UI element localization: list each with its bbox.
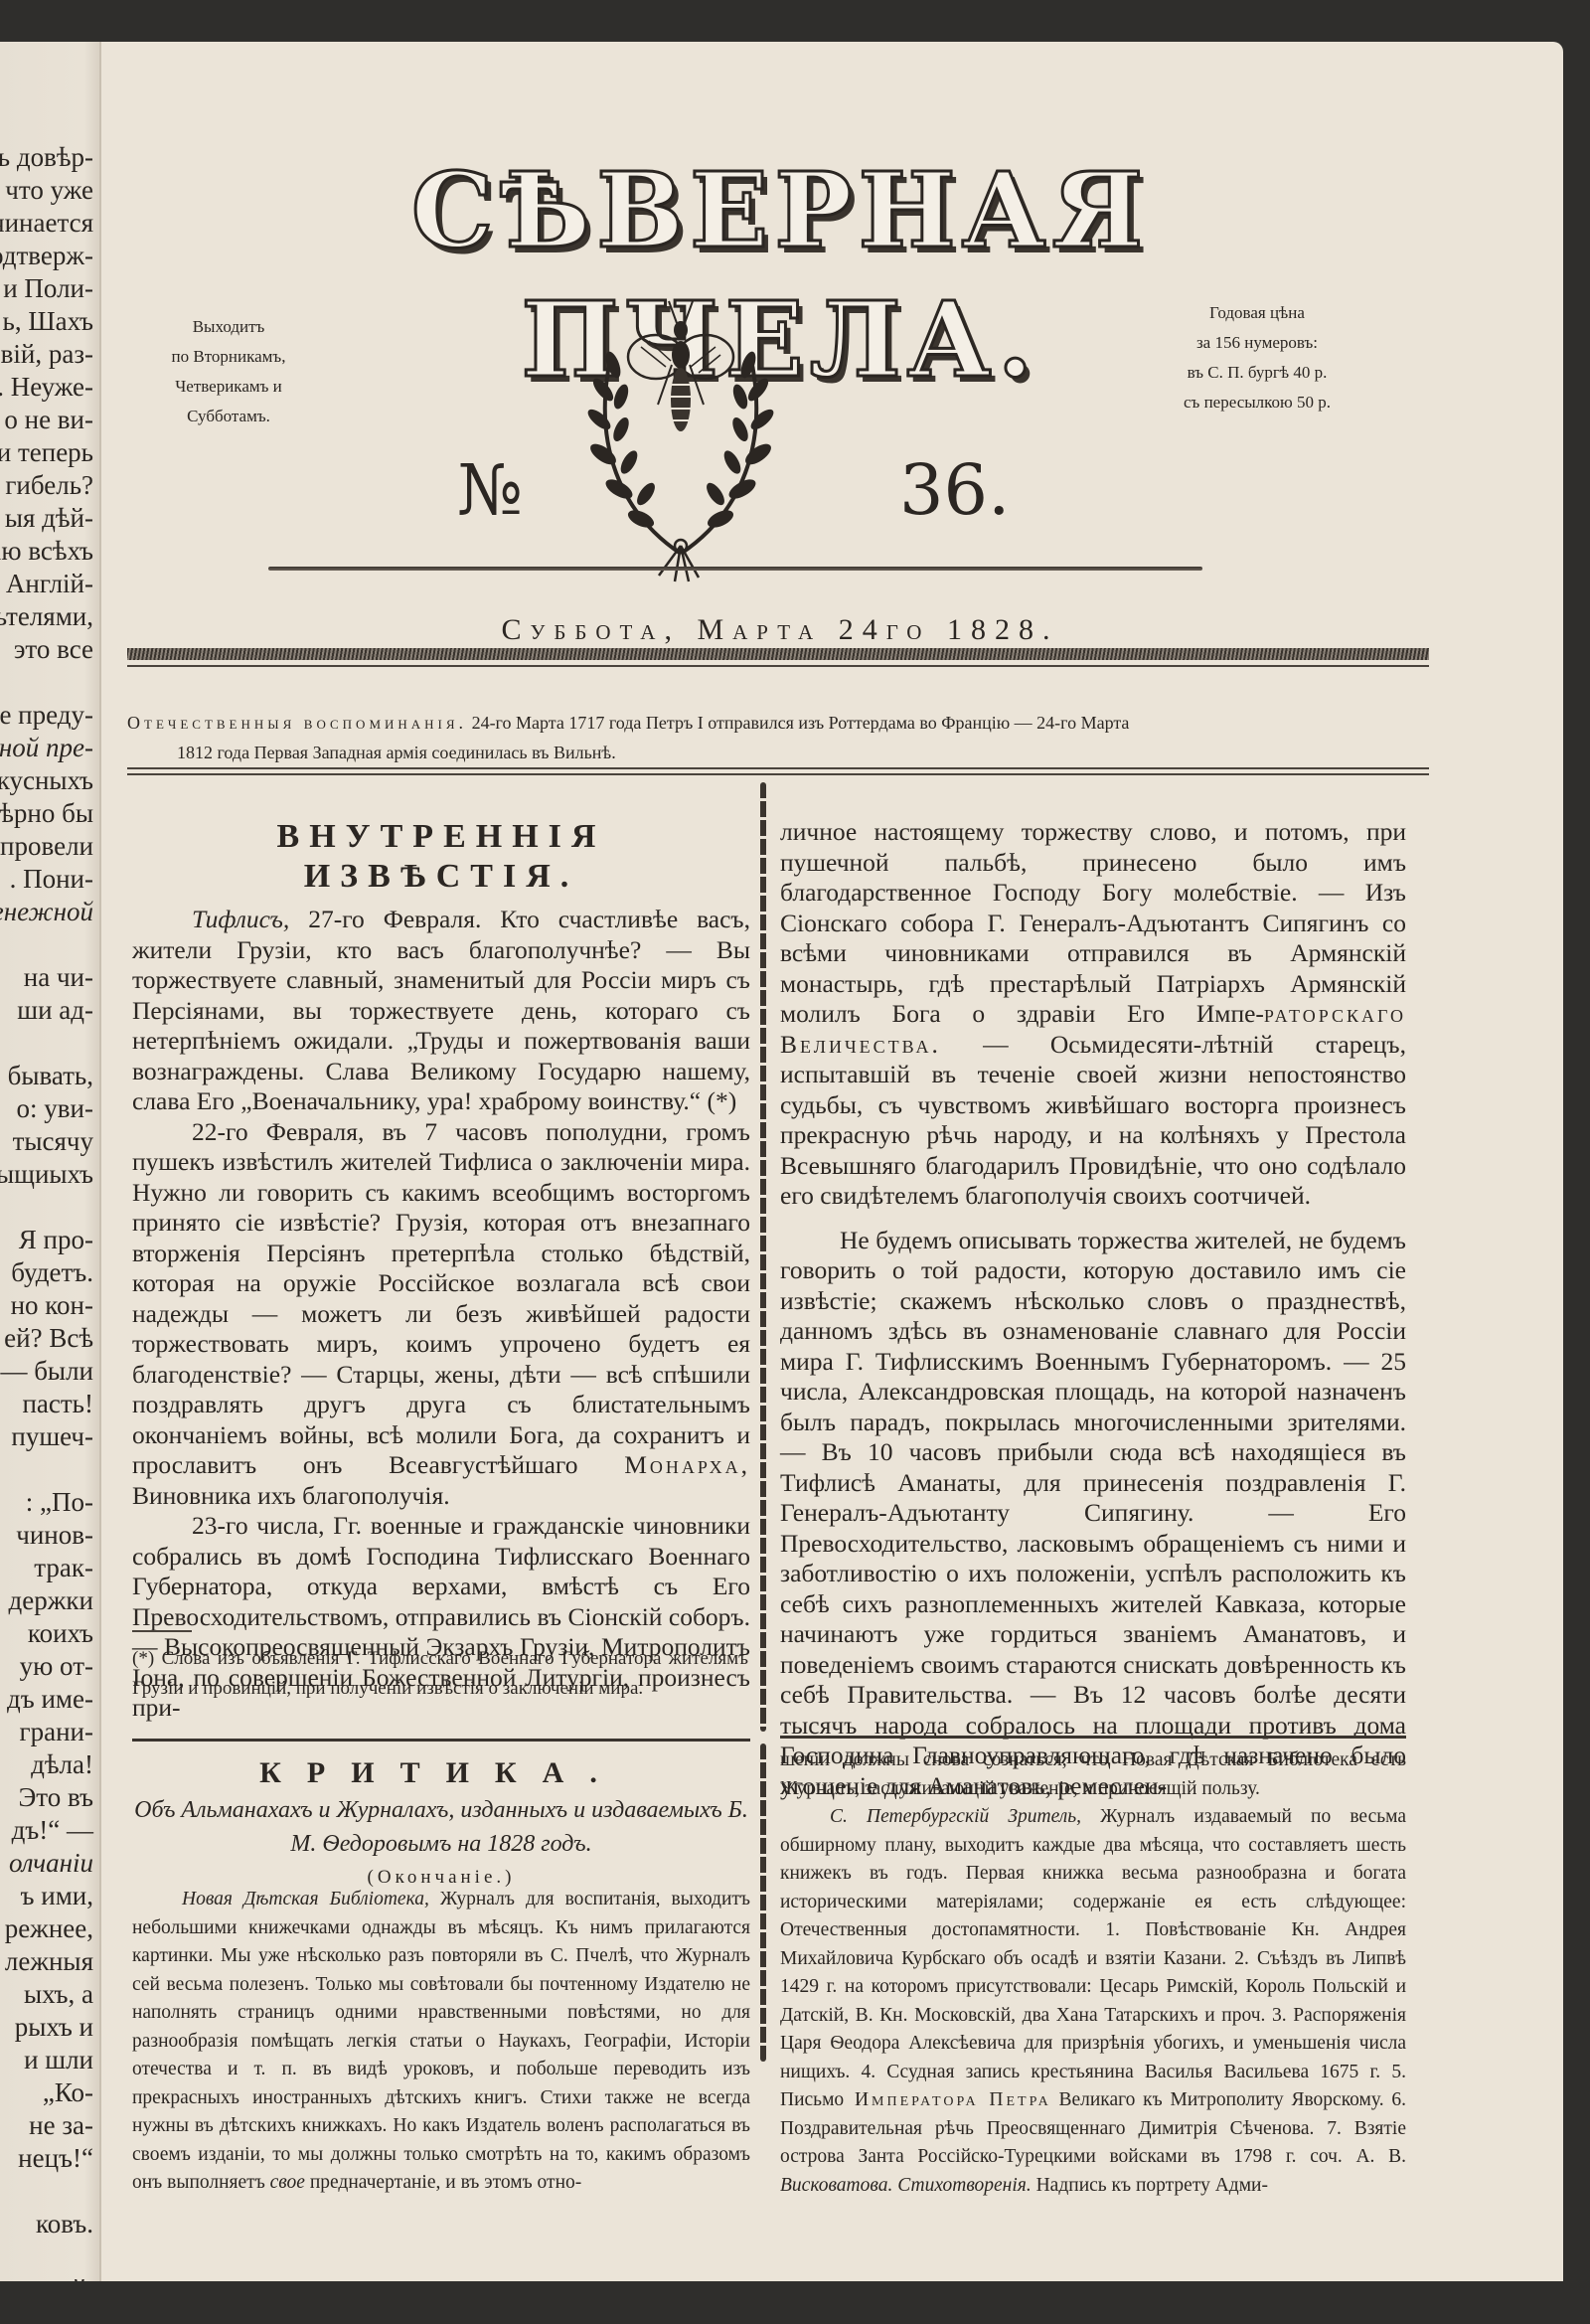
adjacent-page-text-fragment: держки [9, 1582, 93, 1618]
emphasis: Монарха, [624, 1450, 750, 1479]
paragraph-text: предначертаніе, и въ этомъ отно- [305, 2172, 581, 2193]
adjacent-page-text-fragment: ь довѣр- [0, 139, 93, 175]
masthead-rule [268, 567, 1202, 571]
adjacent-page-text-fragment: коихъ [28, 1615, 93, 1651]
critique-header: КРИТИКА. Объ Альманахахъ и Журналахъ, из… [132, 1753, 750, 1895]
critique-paragraph: шеніи должны снова сознаться, что Новая … [780, 1746, 1406, 1803]
publication-schedule: Выходитъ по Вторникамъ, Четверикамъ и Су… [129, 312, 328, 431]
adjacent-page-text-fragment: пасть! [22, 1386, 93, 1421]
adjacent-page-text-fragment: ковъ. [36, 2206, 93, 2241]
adjacent-page-text-fragment: одтверж- [0, 238, 93, 273]
adjacent-page-text-fragment: и шли [24, 2042, 93, 2077]
adjacent-page-text-fragment: дъ име- [7, 1681, 93, 1717]
section-heading: КРИТИКА. [132, 1753, 750, 1793]
emphasis: Стихотворенія. [892, 2175, 1031, 2196]
issue-number: 36. [899, 449, 1010, 531]
adjacent-page-text-fragment: енежной [0, 894, 93, 929]
adjacent-page-text-fragment: будетъ. [11, 1254, 93, 1290]
adjacent-page-text-fragment: олчаніи [9, 1845, 93, 1881]
adjacent-page-text-fragment: чинов- [16, 1517, 93, 1553]
hatched-rule [127, 648, 1429, 660]
adjacent-page-text-fragment: грани- [20, 1714, 93, 1749]
memorial-notice: Отечественныя воспоминанія. 24-го Марта … [127, 708, 1429, 767]
adjacent-page-text-fragment: й. [73, 2271, 93, 2281]
price-line: въ С. П. бургѣ 40 р. [1143, 358, 1371, 388]
adjacent-page-text-fragment: ей? Всѣ [4, 1320, 93, 1356]
news-paragraph: личное настоящему торжеству слово, и пот… [780, 817, 1406, 1212]
news-column-right: личное настоящему торжеству слово, и пот… [780, 817, 1406, 1801]
adjacent-page-text-fragment: режнее, [5, 1910, 93, 1946]
adjacent-page-text-fragment: ыхъ, а [24, 1976, 93, 2012]
paragraph-text: личное настоящему торжеству слово, и пот… [780, 817, 1406, 1028]
news-paragraph: Не будемъ описывать торжества жителей, н… [780, 1226, 1406, 1802]
bee-wreath-emblem-icon [552, 285, 810, 583]
adjacent-page-text-fragment: „Ко- [43, 2075, 93, 2110]
news-column-left: ВНУТРЕННІЯ ИЗВѢСТІЯ. Тифлисъ, 27-го Февр… [132, 817, 750, 1724]
adjacent-page-text-fragment: е преду- [0, 697, 93, 733]
adjacent-page-text-fragment: провели [0, 828, 93, 864]
adjacent-page-text-fragment: трак- [34, 1550, 93, 1585]
adjacent-page-text-fragment: что уже [5, 172, 93, 208]
paragraph-text: Виновника ихъ благополучія. [132, 1481, 450, 1510]
critique-column-right: шеніи должны снова сознаться, что Новая … [780, 1746, 1406, 2200]
adjacent-page-text-fragment: ь. Неуже- [0, 369, 93, 405]
adjacent-page-text-fragment: о не ви- [4, 402, 93, 437]
journal-title: С. Петербургскій Зритель, [830, 1806, 1081, 1827]
critique-column-left: Новая Дѣтская Библіотека, Журналъ для во… [132, 1886, 750, 2198]
adjacent-page-text-fragment: ши ад- [17, 992, 93, 1028]
footnote: (*) Слова изъ объявленія Г. Тифлисскаго … [132, 1644, 748, 1704]
critique-paragraph: Новая Дѣтская Библіотека, Журналъ для во… [132, 1886, 750, 2198]
author-name: Висковатова. [780, 2175, 892, 2196]
adjacent-page-text-fragment: но кон- [11, 1287, 93, 1323]
section-rule [132, 1739, 750, 1742]
paragraph-text: Журналъ для воспитанія, выходитъ небольш… [132, 1889, 750, 2193]
adjacent-page-text-fragment: ѣрно бы [0, 795, 93, 831]
adjacent-page-text-fragment: о: уви- [17, 1090, 93, 1126]
adjacent-page-edge: ь довѣр-что ужечинаетсяодтверж-и Поли-ь,… [0, 42, 101, 2281]
issue-date: Суббота, Марта 24го 1828. [417, 613, 1143, 647]
news-paragraph: Тифлисъ, 27-го Февраля. Кто счастливѣе в… [132, 905, 750, 1117]
adjacent-page-text-fragment: ію всѣхъ [0, 533, 93, 569]
subscription-price: Годовая цѣна за 156 нумеровъ: въ С. П. б… [1143, 298, 1371, 417]
adjacent-page-text-fragment: дѣла! [31, 1746, 93, 1782]
dateline-place: Тифлисъ, [192, 905, 289, 933]
adjacent-page-text-fragment: вій, раз- [1, 336, 93, 372]
paragraph-text: Надпись къ портрету Адми- [1032, 2175, 1268, 2196]
price-line: съ пересылкою 50 р. [1143, 388, 1371, 417]
paragraph-text: 27-го Февраля. Кто счастливѣе васъ, жите… [132, 905, 750, 1115]
adjacent-page-text-fragment: ь, Шахъ [3, 303, 93, 339]
adjacent-page-text-fragment: Я про- [19, 1222, 93, 1257]
adjacent-page-text-fragment: : „По- [26, 1484, 93, 1520]
paragraph-text: Журналъ издаваемый по весьма обширному п… [780, 1806, 1406, 2110]
adjacent-page-text-fragment: ыщиыхъ [0, 1156, 93, 1192]
memorial-lead: Отечественныя воспоминанія. [127, 713, 467, 733]
adjacent-page-text-fragment: рыхъ и [15, 2009, 93, 2045]
emphasis: свое [265, 2172, 305, 2193]
adjacent-page-text-fragment: и Поли- [3, 270, 93, 306]
column-divider [760, 1743, 766, 2062]
column-divider [760, 782, 766, 1732]
paragraph-text: 22-го Февраля, въ 7 часовъ пополудни, гр… [132, 1117, 750, 1480]
price-line: за 156 нумеровъ: [1143, 328, 1371, 358]
adjacent-page-text-fragment: кусныхъ [0, 762, 93, 798]
divider [127, 773, 1429, 775]
section-rule [780, 1736, 1406, 1739]
divider [127, 767, 1429, 769]
schedule-line: по Вторникамъ, [129, 342, 328, 372]
schedule-line: Субботамъ. [129, 402, 328, 431]
adjacent-page-text-fragment: Это въ [18, 1779, 93, 1815]
price-line: Годовая цѣна [1143, 298, 1371, 328]
divider [127, 665, 1429, 667]
footnote-rule [132, 1630, 192, 1632]
memorial-line: 1812 года Первая Западная армія соединил… [127, 738, 1429, 767]
schedule-line: Выходитъ [129, 312, 328, 342]
adjacent-page-text-fragment: ной пре- [0, 730, 93, 765]
adjacent-page-text-fragment: ую от- [20, 1648, 93, 1684]
adjacent-page-text-fragment: гибель? [5, 467, 93, 503]
adjacent-page-text-fragment: ыя дѣй- [5, 500, 93, 536]
adjacent-page-text-fragment: ъ ими, [21, 1878, 93, 1913]
adjacent-page-text-fragment: Англій- [6, 566, 93, 601]
adjacent-page-text-fragment: дъ!“ — [12, 1812, 93, 1848]
journal-title: Новая Дѣтская Библіотека, [182, 1889, 429, 1909]
section-subtitle: Объ Альманахахъ и Журналахъ, изданныхъ и… [132, 1793, 750, 1861]
adjacent-page-text-fragment: и теперь [0, 434, 93, 470]
adjacent-page-text-fragment: пушеч- [11, 1418, 93, 1454]
adjacent-page-text-fragment: лежныя [5, 1943, 93, 1979]
adjacent-page-text-fragment: ьтелями, [0, 598, 93, 634]
adjacent-page-text-fragment: нецъ!“ [18, 2140, 93, 2176]
section-heading: ВНУТРЕННІЯ ИЗВѢСТІЯ. [132, 817, 750, 897]
adjacent-page-text-fragment: чинается [0, 205, 93, 241]
adjacent-page-text-fragment: тысячу [13, 1123, 93, 1159]
critique-paragraph: С. Петербургскій Зритель, Журналъ издава… [780, 1803, 1406, 2200]
adjacent-page-text-fragment: не за- [29, 2107, 93, 2143]
adjacent-page-text-fragment: на чи- [24, 959, 93, 995]
memorial-line: 24-го Марта 1717 года Петръ I отправился… [472, 713, 1130, 733]
adjacent-page-text-fragment: . Пони- [10, 861, 93, 897]
adjacent-page-text-fragment: бывать, [8, 1058, 93, 1093]
schedule-line: Четверикамъ и [129, 372, 328, 402]
adjacent-page-text-fragment: — были [0, 1353, 93, 1389]
adjacent-page-text-fragment: это все [14, 631, 93, 667]
newspaper-page: ь довѣр-что ужечинаетсяодтверж-и Поли-ь,… [0, 42, 1563, 2281]
emphasis: Императора Петра [844, 2089, 1051, 2110]
issue-number-sign: № [457, 449, 523, 531]
news-paragraph: 22-го Февраля, въ 7 часовъ пополудни, гр… [132, 1117, 750, 1512]
